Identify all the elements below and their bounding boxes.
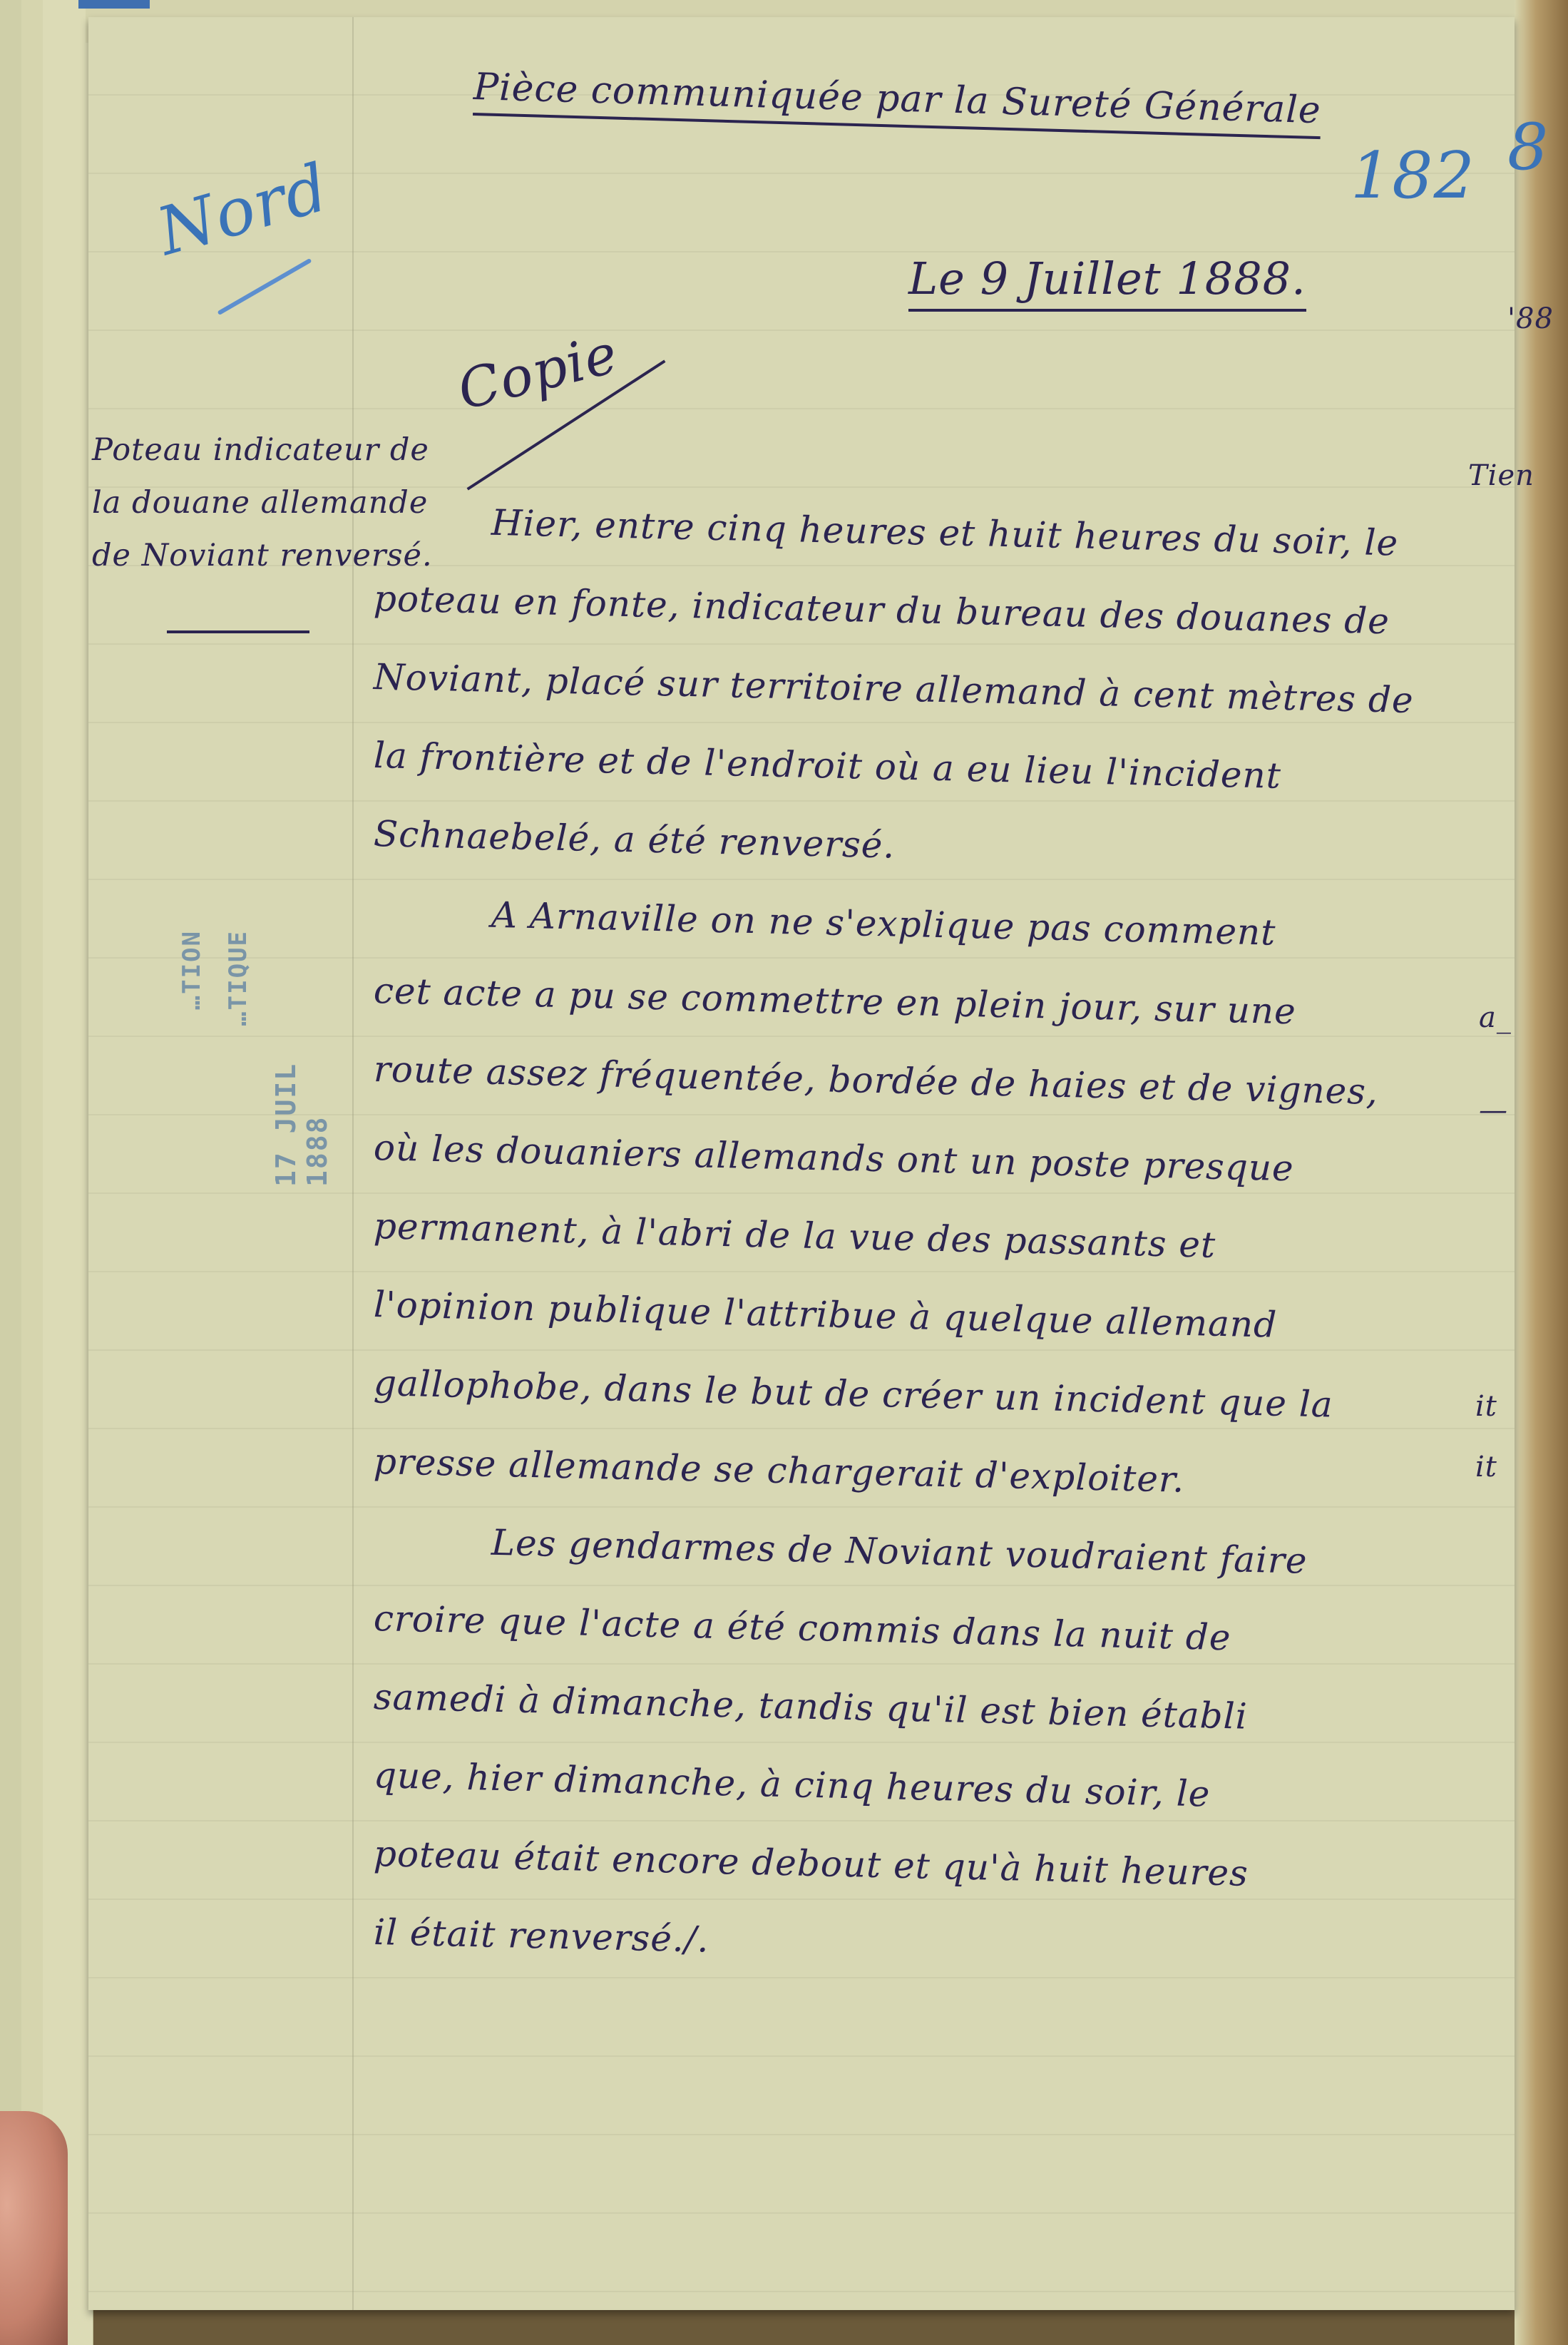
folio-mark: 8 [1507, 110, 1549, 185]
right-margin-fragment: it [1475, 1451, 1497, 1483]
folio-small-mark: '88 [1507, 302, 1554, 335]
stamp-line: …TIQUE [224, 930, 252, 1026]
margin-note-line: la douane allemande [88, 476, 352, 529]
paper-stack-edge-3 [43, 0, 93, 2345]
stamp-date: 17 JUIL 1888 [270, 987, 333, 1187]
right-margin-fragment: Tien [1468, 459, 1534, 492]
thumb-holding-page [0, 2111, 68, 2345]
stamp-line: …TION [178, 930, 206, 1010]
right-margin-fragment: a_ [1479, 1001, 1512, 1034]
date-stamp: …TION …TIQUE 17 JUIL 1888 [170, 901, 342, 1187]
right-margin-fragment: it [1475, 1390, 1497, 1423]
right-margin-fragment: — [1479, 1094, 1508, 1127]
body-text: Hier, entre cinq heures et huit heures d… [374, 481, 1515, 1971]
margin-note-line: de Noviant renversé. [88, 529, 352, 582]
margin-note-rule [167, 630, 309, 633]
blue-tab-marker [78, 0, 150, 9]
margin-rule [352, 17, 354, 2310]
margin-note-line: Poteau indicateur de [88, 424, 352, 476]
folio-number: 182 [1351, 138, 1475, 213]
document-date: Le 9 Juillet 1888. [908, 252, 1306, 312]
document-page: Pièce communiquée par la Sureté Générale… [88, 17, 1515, 2310]
folder-edge-right [1515, 0, 1568, 2345]
margin-note: Poteau indicateur de la douane allemande… [88, 424, 352, 582]
